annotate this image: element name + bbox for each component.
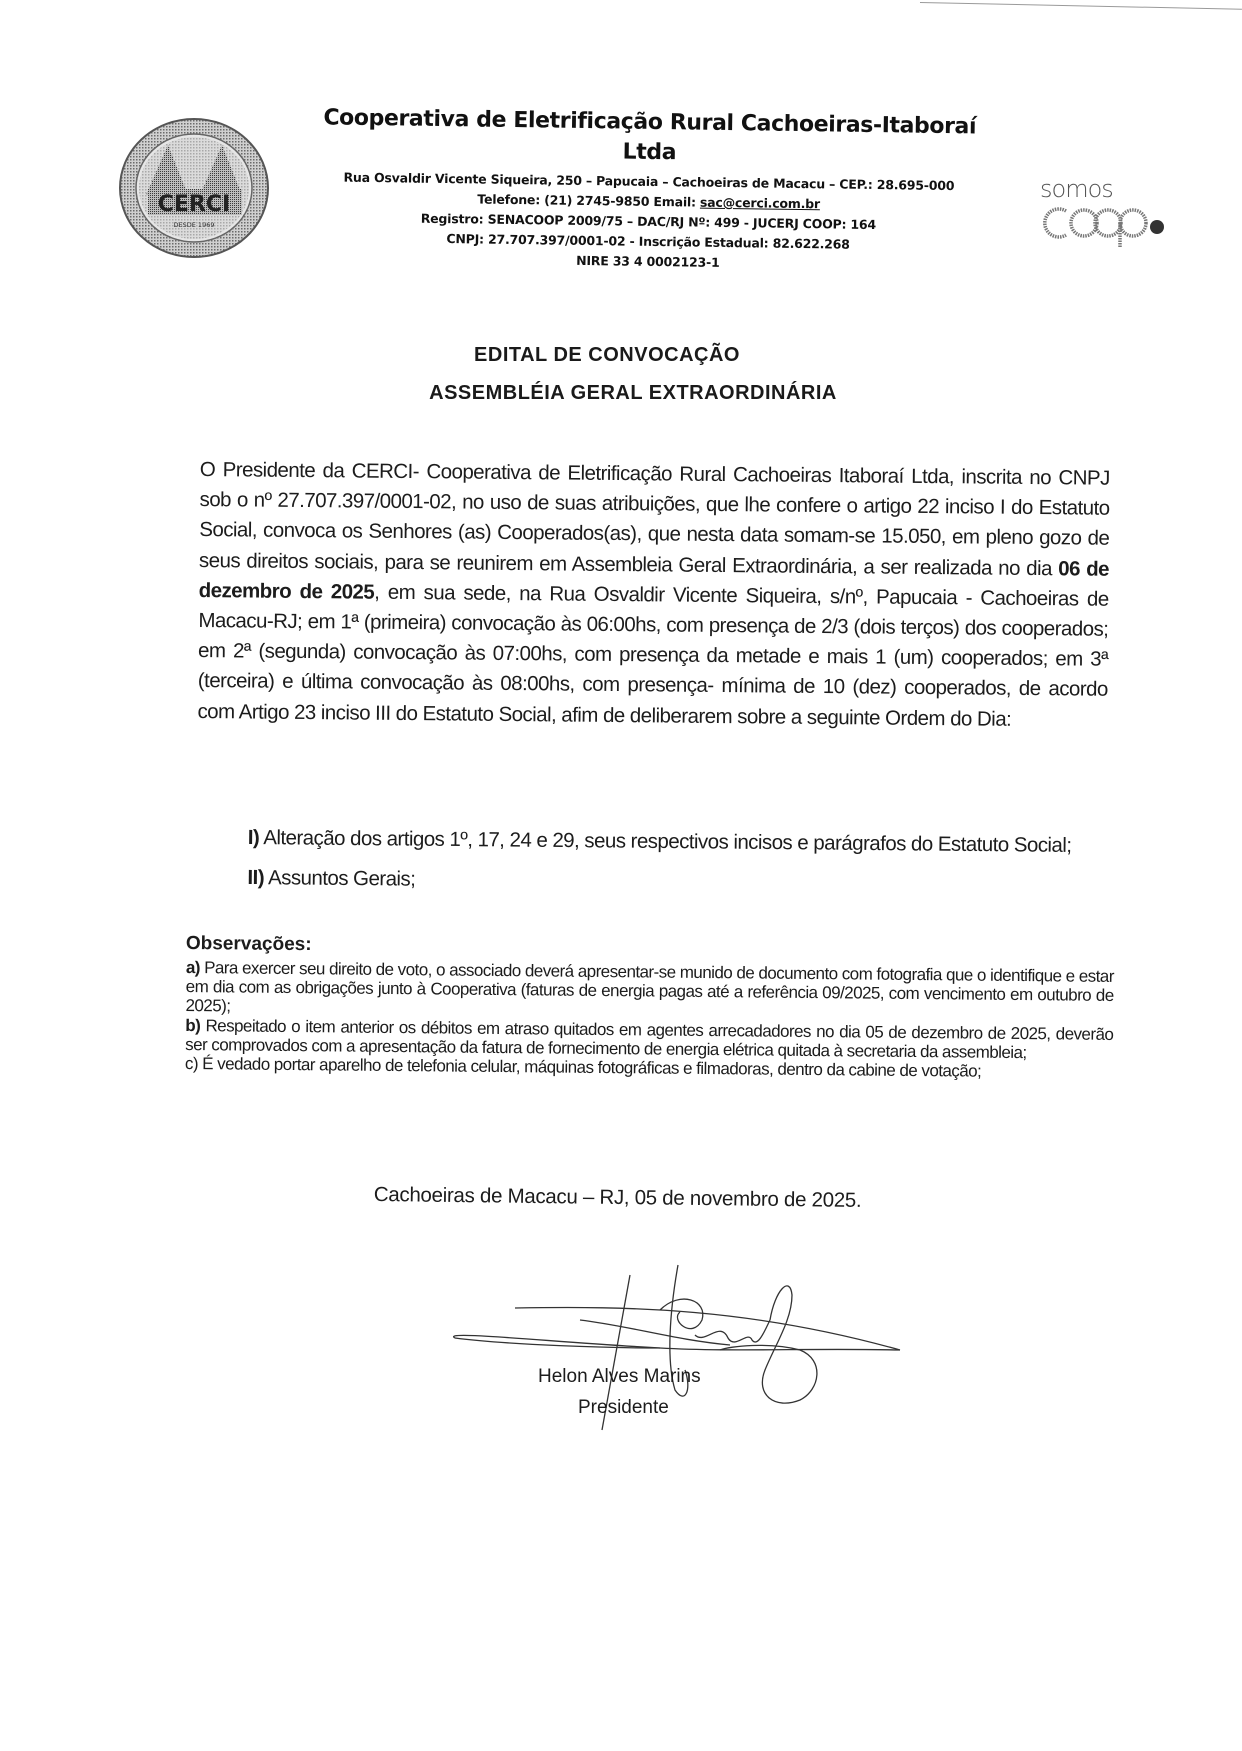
observation-marker: b) [185,1016,200,1035]
observation-text: Para exercer seu direito de voto, o asso… [185,958,1114,1016]
observation-marker: c) [185,1054,198,1073]
agenda-item: I) Alteração dos artigos 1º, 17, 24 e 29… [248,822,1118,861]
agenda-marker: I) [248,826,260,849]
phone-label: Telefone: (21) 2745-9850 Email: [477,191,700,209]
signer-name: Helon Alves Marins [538,1366,701,1388]
somos-coop-logo: somos [1040,175,1170,255]
letterhead: Cooperativa de Eletrificação Rural Cacho… [298,103,1000,277]
cerci-seal-logo: CERCI DESDE 1969 [118,117,270,259]
svg-text:DESDE 1969: DESDE 1969 [174,221,215,229]
document-subtitle: ASSEMBLÉIA GERAL EXTRAORDINÁRIA [12,382,1242,405]
observations-list: a) Para exercer seu direito de voto, o a… [185,958,1114,1082]
somos-text: somos [1040,175,1113,203]
handwritten-signature [430,1250,910,1450]
organization-name: Cooperativa de Eletrificação Rural Cacho… [299,103,1000,173]
document-title: EDITAL DE CONVOCAÇÃO [0,344,1228,367]
signer-role: Presidente [578,1397,669,1419]
agenda-item: II) Assuntos Gerais; [247,862,1117,901]
paragraph-part-1: O Presidente da CERCI- Cooperativa de El… [199,458,1110,580]
email-link[interactable]: sac@cerci.com.br [700,195,820,212]
agenda-marker: II) [247,866,264,889]
observation-item: a) Para exercer seu direito de voto, o a… [185,958,1114,1025]
agenda-text: Assuntos Gerais; [264,866,416,890]
observations-heading: Observações: [186,933,312,956]
convocation-paragraph: O Presidente da CERCI- Cooperativa de El… [197,455,1110,736]
place-and-date: Cachoeiras de Macacu – RJ, 05 de novembr… [374,1183,862,1213]
agenda-list: I) Alteração dos artigos 1º, 17, 24 e 29… [247,822,1118,910]
observation-marker: a) [186,958,200,977]
agenda-text: Alteração dos artigos 1º, 17, 24 e 29, s… [259,826,1071,857]
svg-text:CERCI: CERCI [158,192,230,217]
coop-wordmark-icon [1040,203,1170,251]
scan-edge-line [920,2,1242,10]
